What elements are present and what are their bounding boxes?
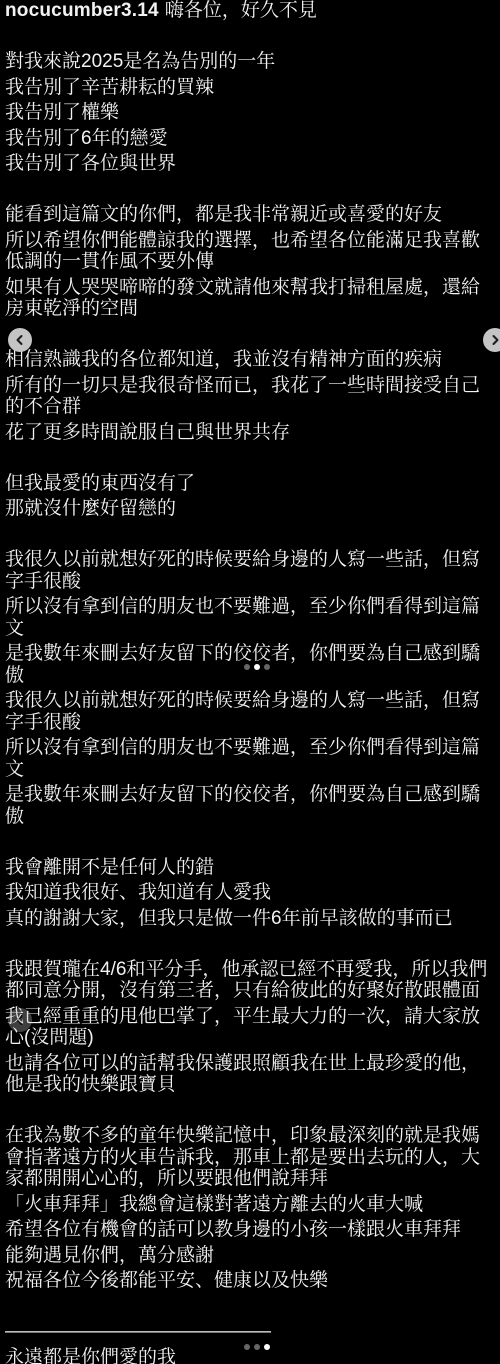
carousel-dot bbox=[264, 664, 270, 670]
caption-line: 真的謝謝大家，但我只是做一件6年前早該做的事而已 bbox=[5, 908, 500, 930]
caption-paragraph: 是我數年來刪去好友留下的佼佼者，你們要為自己感到驕傲 bbox=[5, 784, 500, 827]
chevron-left-icon bbox=[14, 334, 26, 346]
caption-paragraph: —————————————— bbox=[5, 1321, 500, 1343]
post-caption: nocucumber3.14嗨各位，好久不見 對我來說2025是名為告別的一年我… bbox=[0, 0, 500, 1364]
caption-paragraph: 能夠遇見你們，萬分感謝 bbox=[5, 1245, 500, 1267]
caption-line bbox=[5, 324, 500, 346]
caption-header: nocucumber3.14嗨各位，好久不見 bbox=[5, 0, 500, 22]
caption-line: 我很久以前就想好死的時候要給身邊的人寫一些話，但寫 bbox=[5, 549, 500, 571]
caption-line bbox=[5, 524, 500, 546]
caption-line: 祝福各位今後都能平安、健康以及快樂 bbox=[5, 1270, 500, 1292]
caption-line: 相信熟識我的各位都知道，我並沒有精神方面的疾病 bbox=[5, 349, 500, 371]
caption-line: 的不合群 bbox=[5, 396, 500, 418]
caption-line bbox=[5, 1100, 500, 1122]
caption-paragraph: 我告別了權樂 bbox=[5, 102, 500, 124]
caption-line: nocucumber3.14嗨各位，好久不見 bbox=[5, 0, 500, 22]
caption-line: 都同意分開，沒有第三者，只有給彼此的好聚好散跟體面 bbox=[5, 980, 500, 1002]
caption-line: 所以沒有拿到信的朋友也不要難過，至少你們看得到這篇 bbox=[5, 596, 500, 618]
caption-line bbox=[5, 1296, 500, 1318]
caption-paragraph: 相信熟識我的各位都知道，我並沒有精神方面的疾病 bbox=[5, 349, 500, 371]
caption-paragraph: 「火車拜拜」我總會這樣對著遠方離去的火車大喊 bbox=[5, 1194, 500, 1216]
carousel-dot bbox=[254, 1344, 260, 1350]
caption-paragraph: 花了更多時間說服自己與世界共存 bbox=[5, 422, 500, 444]
caption-paragraph: 所以沒有拿到信的朋友也不要難過，至少你們看得到這篇文 bbox=[5, 737, 500, 780]
caption-paragraph: 真的謝謝大家，但我只是做一件6年前早該做的事而已 bbox=[5, 908, 500, 930]
caption-paragraph: 能看到這篇文的你們，都是我非常親近或喜愛的好友 bbox=[5, 204, 500, 226]
caption-line: 傲 bbox=[5, 806, 500, 828]
blank-line bbox=[5, 831, 500, 853]
caption-line: 低調的一貫作風不要外傳 bbox=[5, 251, 500, 273]
greeting-text: 嗨各位，好久不見 bbox=[165, 0, 317, 21]
caption-line: 在我為數不多的童年快樂記憶中，印象最深刻的就是我媽 bbox=[5, 1125, 500, 1147]
carousel-indicator bbox=[244, 1344, 270, 1350]
username[interactable]: nocucumber3.14 bbox=[5, 0, 159, 21]
chevron-left-icon bbox=[14, 1014, 26, 1026]
caption-paragraph: 在我為數不多的童年快樂記憶中，印象最深刻的就是我媽會指著遠方的火車告訴我，那車上… bbox=[5, 1125, 500, 1190]
caption-line: 我知道我很好、我知道有人愛我 bbox=[5, 882, 500, 904]
caption-line: 能夠遇見你們，萬分感謝 bbox=[5, 1245, 500, 1267]
caption-line: 是我數年來刪去好友留下的佼佼者，你們要為自己感到驕 bbox=[5, 784, 500, 806]
caption-paragraph: 我很久以前就想好死的時候要給身邊的人寫一些話，但寫字手很酸 bbox=[5, 690, 500, 733]
caption-line: 我跟賀瓏在4/6和平分手，他承認已經不再愛我，所以我們 bbox=[5, 959, 500, 981]
caption-line: 是我數年來刪去好友留下的佼佼者，你們要為自己感到驕 bbox=[5, 643, 500, 665]
blank-line bbox=[5, 524, 500, 546]
caption-line bbox=[5, 831, 500, 853]
caption-line: 房東乾淨的空間 bbox=[5, 298, 500, 320]
carousel-indicator bbox=[244, 664, 270, 670]
caption-line bbox=[5, 933, 500, 955]
carousel-dot-active bbox=[264, 1344, 270, 1350]
blank-line bbox=[5, 933, 500, 955]
caption-paragraph: 我告別了各位與世界 bbox=[5, 153, 500, 175]
caption-paragraph: 那就沒什麼好留戀的 bbox=[5, 498, 500, 520]
caption-line: 我很久以前就想好死的時候要給身邊的人寫一些話，但寫 bbox=[5, 690, 500, 712]
caption-line bbox=[5, 447, 500, 469]
caption-line: 會指著遠方的火車告訴我，那車上都是要出去玩的人，大 bbox=[5, 1147, 500, 1169]
caption-paragraph: 所以沒有拿到信的朋友也不要難過，至少你們看得到這篇文 bbox=[5, 596, 500, 639]
caption-paragraph: 但我最愛的東西沒有了 bbox=[5, 473, 500, 495]
caption-line: 我告別了辛苦耕耘的買辣 bbox=[5, 77, 500, 99]
caption-paragraph: 我跟賀瓏在4/6和平分手，他承認已經不再愛我，所以我們都同意分開，沒有第三者，只… bbox=[5, 959, 500, 1002]
blank-line bbox=[5, 26, 500, 48]
caption-line: 我告別了權樂 bbox=[5, 102, 500, 124]
caption-line: 我會離開不是任何人的錯 bbox=[5, 857, 500, 879]
caption-paragraph: 我告別了6年的戀愛 bbox=[5, 128, 500, 150]
caption-paragraph: 對我來說2025是名為告別的一年 bbox=[5, 51, 500, 73]
caption-line: 希望各位有機會的話可以教身邊的小孩一樣跟火車拜拜 bbox=[5, 1219, 500, 1241]
caption-line: 所以希望你們能體諒我的選擇，也希望各位能滿足我喜歡 bbox=[5, 230, 500, 252]
carousel-prev-button[interactable] bbox=[8, 328, 32, 352]
caption-line: 字手很酸 bbox=[5, 571, 500, 593]
caption-line: 花了更多時間說服自己與世界共存 bbox=[5, 422, 500, 444]
caption-line: 我告別了各位與世界 bbox=[5, 153, 500, 175]
caption-line: 字手很酸 bbox=[5, 712, 500, 734]
caption-paragraph: 我很久以前就想好死的時候要給身邊的人寫一些話，但寫字手很酸 bbox=[5, 549, 500, 592]
caption-line: 但我最愛的東西沒有了 bbox=[5, 473, 500, 495]
caption-paragraph: 我知道我很好、我知道有人愛我 bbox=[5, 882, 500, 904]
caption-paragraph: 希望各位有機會的話可以教身邊的小孩一樣跟火車拜拜 bbox=[5, 1219, 500, 1241]
caption-line: 家都開開心心的，所以要跟他們說拜拜 bbox=[5, 1168, 500, 1190]
caption-line: 他是我的快樂跟寶貝 bbox=[5, 1074, 500, 1096]
carousel-dot bbox=[244, 664, 250, 670]
caption-line: 所以沒有拿到信的朋友也不要難過，至少你們看得到這篇 bbox=[5, 737, 500, 759]
caption-line: 那就沒什麼好留戀的 bbox=[5, 498, 500, 520]
caption-line: 能看到這篇文的你們，都是我非常親近或喜愛的好友 bbox=[5, 204, 500, 226]
caption-paragraph: 我已經重重的甩他巴掌了，平生最大力的一次，請大家放心(沒問題) bbox=[5, 1006, 500, 1049]
caption-line bbox=[5, 179, 500, 201]
carousel-next-button[interactable] bbox=[483, 328, 500, 352]
caption-paragraph: 祝福各位今後都能平安、健康以及快樂 bbox=[5, 1270, 500, 1292]
caption-line: 也請各位可以的話幫我保護跟照顧我在世上最珍愛的他， bbox=[5, 1053, 500, 1075]
caption-line: 文 bbox=[5, 759, 500, 781]
blank-line bbox=[5, 324, 500, 346]
carousel-prev-button-faded[interactable] bbox=[8, 1008, 32, 1032]
blank-line bbox=[5, 1100, 500, 1122]
caption-line: —————————————— bbox=[5, 1321, 500, 1343]
blank-line bbox=[5, 1296, 500, 1318]
caption-line: 對我來說2025是名為告別的一年 bbox=[5, 51, 500, 73]
caption-line: 我已經重重的甩他巴掌了，平生最大力的一次，請大家放 bbox=[5, 1006, 500, 1028]
caption-paragraph: 所有的一切只是我很奇怪而已，我花了一些時間接受自己的不合群 bbox=[5, 375, 500, 418]
caption-paragraph: 如果有人哭哭啼啼的發文就請他來幫我打掃租屋處，還給房東乾淨的空間 bbox=[5, 277, 500, 320]
caption-line: 所有的一切只是我很奇怪而已，我花了一些時間接受自己 bbox=[5, 375, 500, 397]
caption-paragraph: 我告別了辛苦耕耘的買辣 bbox=[5, 77, 500, 99]
caption-line: 「火車拜拜」我總會這樣對著遠方離去的火車大喊 bbox=[5, 1194, 500, 1216]
caption-body: 對我來說2025是名為告別的一年我告別了辛苦耕耘的買辣我告別了權樂我告別了6年的… bbox=[5, 26, 500, 1364]
caption-line: 文 bbox=[5, 618, 500, 640]
caption-line bbox=[5, 26, 500, 48]
chevron-right-icon bbox=[489, 334, 500, 346]
caption-paragraph: 也請各位可以的話幫我保護跟照顧我在世上最珍愛的他，他是我的快樂跟寶貝 bbox=[5, 1053, 500, 1096]
carousel-dot-active bbox=[254, 664, 260, 670]
blank-line bbox=[5, 179, 500, 201]
caption-line: 心(沒問題) bbox=[5, 1027, 500, 1049]
caption-paragraph: 我會離開不是任何人的錯 bbox=[5, 857, 500, 879]
blank-line bbox=[5, 447, 500, 469]
caption-paragraph: 所以希望你們能體諒我的選擇，也希望各位能滿足我喜歡低調的一貫作風不要外傳 bbox=[5, 230, 500, 273]
caption-line: 我告別了6年的戀愛 bbox=[5, 128, 500, 150]
caption-line: 如果有人哭哭啼啼的發文就請他來幫我打掃租屋處，還給 bbox=[5, 277, 500, 299]
carousel-dot bbox=[244, 1344, 250, 1350]
